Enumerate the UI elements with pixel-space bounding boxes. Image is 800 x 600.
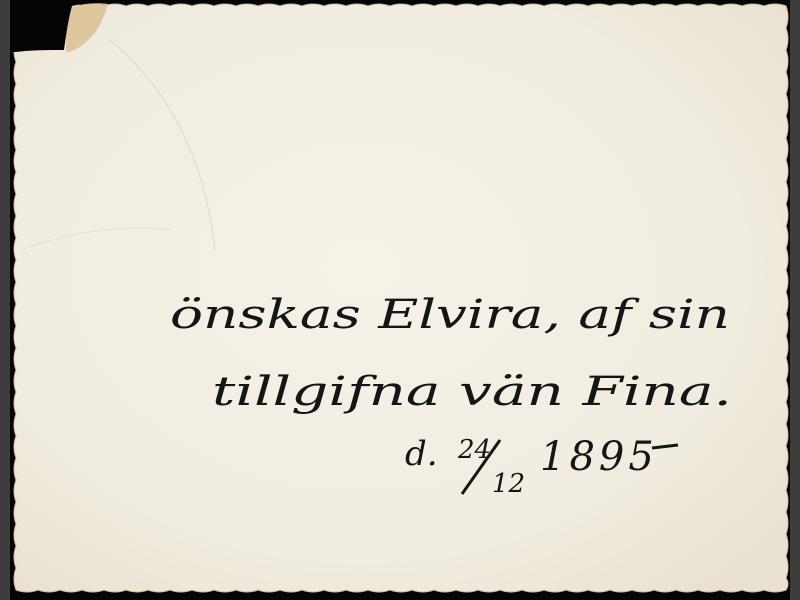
card: önskas Elvira, af sin tillgifna vän Fina… xyxy=(0,0,800,600)
date-year: 1895 xyxy=(540,434,658,480)
date-month: 12 xyxy=(492,469,525,499)
message-line-2: tillgifna vän Fina. xyxy=(212,369,732,415)
message-line-1: önskas Elvira, af sin xyxy=(170,292,730,338)
scan-frame: önskas Elvira, af sin tillgifna vän Fina… xyxy=(0,0,800,600)
date-prefix: d. xyxy=(405,434,438,474)
